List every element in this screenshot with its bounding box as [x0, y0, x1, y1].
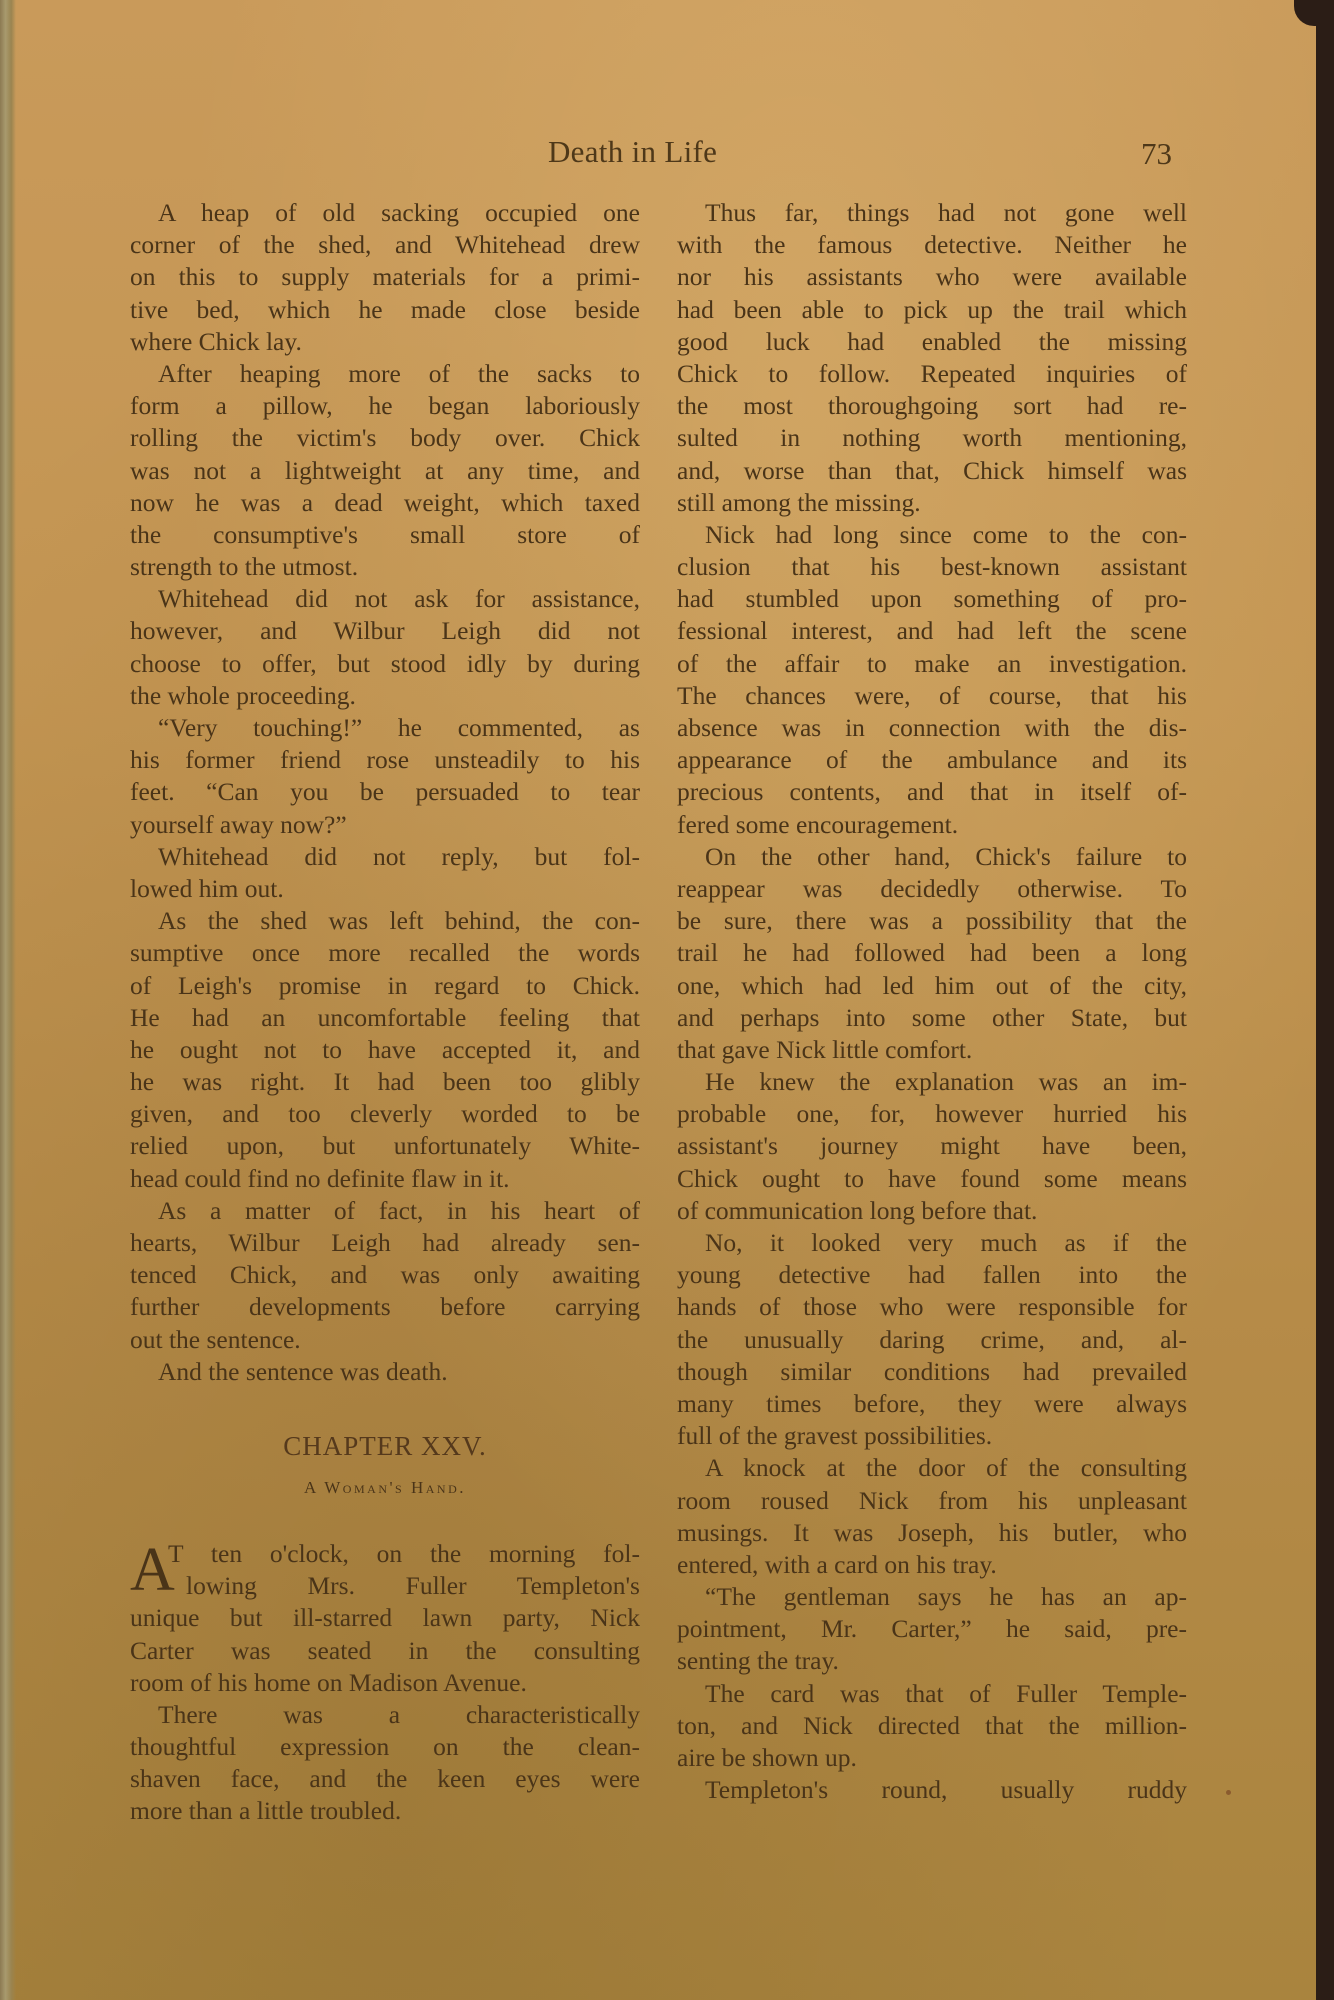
text-line: The chances were, of course, that his [677, 680, 1187, 712]
paragraph: “Very touching!” he commented, as his fo… [130, 712, 640, 841]
text-line: young detective had fallen into the [677, 1259, 1187, 1291]
left-column: A heap of old sacking occupied one corne… [130, 197, 640, 1828]
text-line: A knock at the door of the consulting [677, 1452, 1187, 1484]
paragraph: “The gentleman says he has an ap- pointm… [677, 1581, 1187, 1678]
paragraph: Templeton's round, usually ruddy [677, 1774, 1187, 1806]
text-line: be sure, there was a possibility that th… [677, 905, 1187, 937]
paragraph: A knock at the door of the consulting ro… [677, 1452, 1187, 1581]
text-line: senting the tray. [677, 1645, 1187, 1677]
text-line: tive bed, which he made close beside [130, 294, 640, 326]
text-line: fessional interest, and had left the sce… [677, 615, 1187, 647]
paragraph: A heap of old sacking occupied one corne… [130, 197, 640, 358]
text-line: choose to offer, but stood idly by durin… [130, 648, 640, 680]
text-line: No, it looked very much as if the [677, 1227, 1187, 1259]
paragraph: As a matter of fact, in his heart of hea… [130, 1195, 640, 1356]
text-line: Chick to follow. Repeated inquiries of [677, 358, 1187, 390]
text-line: many times before, they were always [677, 1388, 1187, 1420]
text-line: given, and too cleverly worded to be [130, 1098, 640, 1130]
text-line: trail he had followed had been a long [677, 937, 1187, 969]
text-line: pointment, Mr. Carter,” he said, pre- [677, 1613, 1187, 1645]
text-line: sulted in nothing worth mentioning, [677, 422, 1187, 454]
text-line: out the sentence. [130, 1324, 640, 1356]
text-line: And the sentence was death. [130, 1356, 640, 1388]
text-line: hearts, Wilbur Leigh had already sen- [130, 1227, 640, 1259]
chapter-heading: CHAPTER XXV. A Woman's Hand. [130, 1388, 640, 1538]
paragraph: Whitehead did not ask for assistance, ho… [130, 583, 640, 712]
text-line: absence was in connection with the dis- [677, 712, 1187, 744]
paragraph: As the shed was left behind, the con- su… [130, 905, 640, 1195]
text-line: Carter was seated in the consulting [130, 1635, 640, 1667]
text-line: with the famous detective. Neither he [677, 229, 1187, 261]
paragraph: Nick had long since come to the con- clu… [677, 519, 1187, 841]
chapter-subtitle: A Woman's Hand. [130, 1472, 640, 1504]
text-line: There was a characteristically [130, 1699, 640, 1731]
text-line: thoughtful expression on the clean- [130, 1731, 640, 1763]
text-line: probable one, for, however hurried his [677, 1098, 1187, 1130]
text-line: one, which had led him out of the city, [677, 970, 1187, 1002]
text-line: sumptive once more recalled the words [130, 937, 640, 969]
text-line: was not a lightweight at any time, and [130, 455, 640, 487]
text-line: now he was a dead weight, which taxed [130, 487, 640, 519]
page-corner-shadow [1294, 0, 1334, 26]
text-line: unique but ill-starred lawn party, Nick [130, 1602, 640, 1634]
text-line: still among the missing. [677, 487, 1187, 519]
text-line: appearance of the ambulance and its [677, 744, 1187, 776]
text-line: assistant's journey might have been, [677, 1130, 1187, 1162]
text-line: more than a little troubled. [130, 1795, 640, 1827]
text-line: Thus far, things had not gone well [677, 197, 1187, 229]
paragraph: No, it looked very much as if the young … [677, 1227, 1187, 1452]
text-line: the unusually daring crime, and, al- [677, 1324, 1187, 1356]
text-line: He knew the explanation was an im- [677, 1066, 1187, 1098]
text-line: corner of the shed, and Whitehead drew [130, 229, 640, 261]
text-line: good luck had enabled the missing [677, 326, 1187, 358]
text-line: room roused Nick from his unpleasant [677, 1485, 1187, 1517]
right-column: Thus far, things had not gone well with … [677, 197, 1187, 1806]
chapter-title: CHAPTER XXV. [130, 1430, 640, 1462]
text-line: A heap of old sacking occupied one [130, 197, 640, 229]
text-line: entered, with a card on his tray. [677, 1549, 1187, 1581]
text-line: and, worse than that, Chick himself was [677, 455, 1187, 487]
text-line: rolling the victim's body over. Chick [130, 422, 640, 454]
text-line: room of his home on Madison Avenue. [130, 1667, 640, 1699]
text-line: the consumptive's small store of [130, 519, 640, 551]
running-title: Death in Life [548, 134, 717, 170]
text-line: and perhaps into some other State, but [677, 1002, 1187, 1034]
text-line: though similar conditions had prevailed [677, 1356, 1187, 1388]
text-line: clusion that his best-known assistant [677, 551, 1187, 583]
text-line: “Very touching!” he commented, as [130, 712, 640, 744]
drop-cap: A [130, 1542, 175, 1598]
paragraph-opening: A T ten o'clock, on the morning fol- low… [130, 1538, 640, 1699]
page-shadow-edge [1316, 0, 1334, 2000]
text-line: strength to the utmost. [130, 551, 640, 583]
text-line: form a pillow, he began laboriously [130, 390, 640, 422]
text-line: aire be shown up. [677, 1742, 1187, 1774]
text-line: T ten o'clock, on the morning fol- [130, 1538, 640, 1570]
text-line: yourself away now?” [130, 809, 640, 841]
text-line: he ought not to have accepted it, and [130, 1034, 640, 1066]
text-line: reappear was decidedly otherwise. To [677, 873, 1187, 905]
paper-blemish [1226, 1790, 1231, 1795]
text-line: precious contents, and that in itself of… [677, 776, 1187, 808]
text-line: of communication long before that. [677, 1195, 1187, 1227]
text-line: musings. It was Joseph, his butler, who [677, 1517, 1187, 1549]
paragraph: On the other hand, Chick's failure to re… [677, 841, 1187, 1066]
text-line: where Chick lay. [130, 326, 640, 358]
text-line: the most thoroughgoing sort had re- [677, 390, 1187, 422]
paragraph: Whitehead did not reply, but fol- lowed … [130, 841, 640, 905]
text-line: “The gentleman says he has an ap- [677, 1581, 1187, 1613]
page-number: 73 [1141, 136, 1172, 172]
text-line: relied upon, but unfortunately White- [130, 1130, 640, 1162]
paragraph: Thus far, things had not gone well with … [677, 197, 1187, 519]
text-line: ton, and Nick directed that the million- [677, 1710, 1187, 1742]
text-line: lowed him out. [130, 873, 640, 905]
text-line: nor his assistants who were available [677, 261, 1187, 293]
text-line: hands of those who were responsible for [677, 1291, 1187, 1323]
paragraph: There was a characteristically thoughtfu… [130, 1699, 640, 1828]
text-line: lowing Mrs. Fuller Templeton's [130, 1570, 640, 1602]
text-line: had stumbled upon something of pro- [677, 583, 1187, 615]
text-line: fered some encouragement. [677, 809, 1187, 841]
text-line: As a matter of fact, in his heart of [130, 1195, 640, 1227]
book-binding-edge [0, 0, 16, 2000]
text-line: Whitehead did not reply, but fol- [130, 841, 640, 873]
paragraph: He knew the explanation was an im- proba… [677, 1066, 1187, 1227]
text-line: tenced Chick, and was only awaiting [130, 1259, 640, 1291]
text-line: head could find no definite flaw in it. [130, 1163, 640, 1195]
text-line: He had an uncomfortable feeling that [130, 1002, 640, 1034]
paragraph: And the sentence was death. [130, 1356, 640, 1388]
text-line: shaven face, and the keen eyes were [130, 1763, 640, 1795]
paragraph: The card was that of Fuller Temple- ton,… [677, 1678, 1187, 1775]
text-line: the whole proceeding. [130, 680, 640, 712]
text-line: The card was that of Fuller Temple- [677, 1678, 1187, 1710]
text-line: Chick ought to have found some means [677, 1163, 1187, 1195]
text-line: his former friend rose unsteadily to his [130, 744, 640, 776]
text-line: full of the gravest possibilities. [677, 1420, 1187, 1452]
text-line: he was right. It had been too glibly [130, 1066, 640, 1098]
text-line: Nick had long since come to the con- [677, 519, 1187, 551]
text-line: of the affair to make an investigation. [677, 648, 1187, 680]
text-line: of Leigh's promise in regard to Chick. [130, 970, 640, 1002]
text-line: Templeton's round, usually ruddy [677, 1774, 1187, 1806]
text-line: on this to supply materials for a primi- [130, 261, 640, 293]
text-line: feet. “Can you be persuaded to tear [130, 776, 640, 808]
text-line: that gave Nick little comfort. [677, 1034, 1187, 1066]
text-line: further developments before carrying [130, 1291, 640, 1323]
text-line: As the shed was left behind, the con- [130, 905, 640, 937]
text-line: Whitehead did not ask for assistance, [130, 583, 640, 615]
text-line: On the other hand, Chick's failure to [677, 841, 1187, 873]
text-line: After heaping more of the sacks to [130, 358, 640, 390]
text-line: however, and Wilbur Leigh did not [130, 615, 640, 647]
paragraph: After heaping more of the sacks to form … [130, 358, 640, 583]
text-line: had been able to pick up the trail which [677, 294, 1187, 326]
